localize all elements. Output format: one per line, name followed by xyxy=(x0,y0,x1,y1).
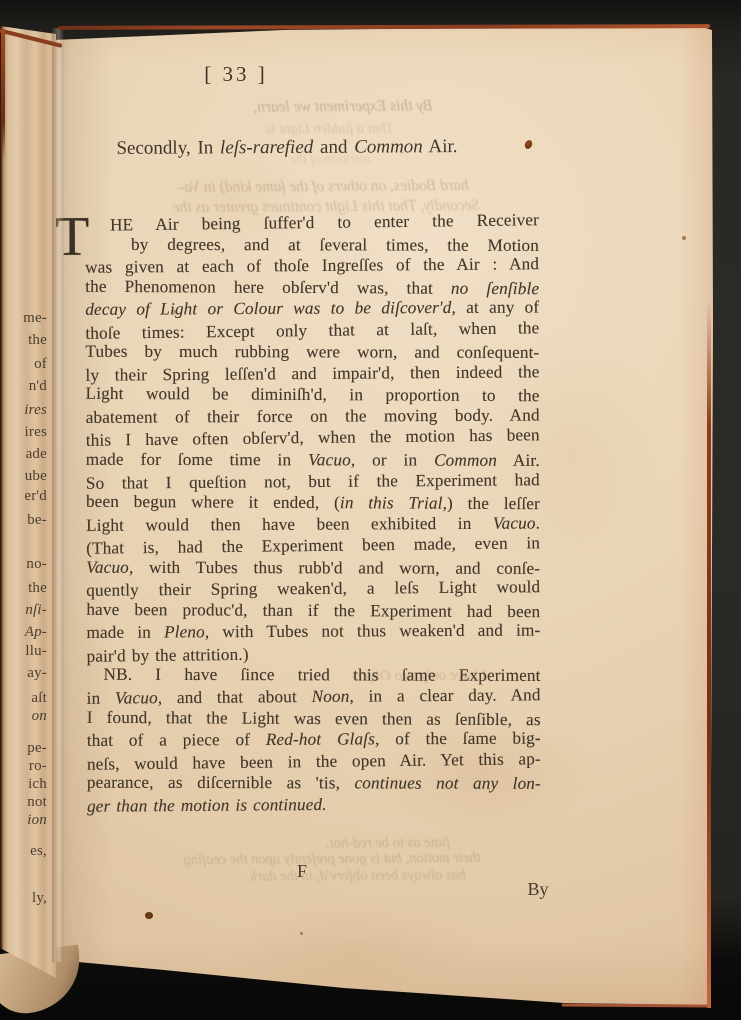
text-segment: been begun where it ended, ( xyxy=(86,492,340,512)
text-segment: Secondly, In xyxy=(116,137,220,159)
text-line: So that I queſtion not, but if the Exper… xyxy=(86,469,540,494)
text-segment: HE Air being ſuffer'd to enter the Recei… xyxy=(110,210,539,234)
text-segment: Vacuo xyxy=(308,450,351,469)
text-line: was given at each of thoſe Ingreſſes of … xyxy=(85,253,539,278)
text-line: been begun where it ended, (in this Tria… xyxy=(86,491,540,515)
text-segment: Vacuo xyxy=(115,688,158,707)
margin-fragment: n'd xyxy=(29,378,47,395)
margin-fragment: ion xyxy=(27,812,47,829)
gutter-crease xyxy=(52,28,64,962)
text-segment: continues not any lon- xyxy=(354,774,541,793)
text-segment: made in xyxy=(86,623,164,642)
text-segment: Noon xyxy=(312,687,350,706)
text-segment: decay of Light or Colour was to be diſco… xyxy=(85,298,456,319)
text-segment: Red-hot Glaſs xyxy=(266,730,375,750)
text-line: pearance, as diſcernible as 'tis, contin… xyxy=(87,772,541,795)
text-segment: Air. xyxy=(423,136,458,157)
text-segment: ger than the motion is continued. xyxy=(87,795,327,816)
margin-fragment: not xyxy=(27,794,47,811)
page-number: [ 33 ] xyxy=(86,62,386,87)
page-edge-right xyxy=(707,300,711,1008)
foxing-spot xyxy=(173,310,176,314)
margin-fragment: on xyxy=(32,708,47,725)
text-line: (That is, had the Experiment been made, … xyxy=(86,532,540,559)
text-segment: Common xyxy=(354,136,423,157)
spine-edge xyxy=(1,30,5,160)
text-segment: pair'd by the attrition.) xyxy=(86,645,248,666)
text-segment: in this Trial, xyxy=(340,493,447,513)
body-text: T HE Air being ſuffer'd to enter the Rec… xyxy=(85,211,541,816)
text-line: Light would be diminiſh'd, in proportion… xyxy=(86,383,540,407)
margin-fragment: pe- xyxy=(27,740,47,757)
text-segment: Pleno xyxy=(164,623,205,642)
margin-fragment: ly, xyxy=(32,890,47,907)
margin-fragment: of xyxy=(34,356,47,373)
text-segment: have been produc'd, than if the Experime… xyxy=(86,600,540,621)
foxing-spot xyxy=(145,912,153,919)
text-segment: leſs-rarefied xyxy=(220,137,313,158)
text-segment: and xyxy=(313,137,354,158)
text-line: made for ſome time in Vacuo, or in Commo… xyxy=(86,449,540,472)
text-segment: Vacuo xyxy=(493,513,536,532)
text-segment: the Phenomenon here obſerv'd was, that xyxy=(85,276,451,297)
paper-stain xyxy=(224,904,484,994)
text-line: by degrees, and at ſeveral times, the Mo… xyxy=(85,233,539,256)
text-line: decay of Light or Colour was to be diſco… xyxy=(85,297,539,321)
text-segment: by degrees, and at ſeveral times, the Mo… xyxy=(131,234,539,254)
facing-page-edge: me-theofn'diresiresadeubeer'dbe-no-thenſ… xyxy=(0,26,56,984)
signature-mark: F xyxy=(282,861,322,882)
text-segment: Light would be diminiſh'd, in proportion… xyxy=(86,384,540,405)
text-segment: Tubes by much rubbing were worn, and con… xyxy=(85,342,539,362)
text-segment: that of a piece of xyxy=(87,730,266,750)
text-line: Tubes by much rubbing were worn, and con… xyxy=(85,341,539,364)
text-segment: . xyxy=(536,513,541,532)
margin-fragment: me- xyxy=(23,310,47,327)
margin-fragment: llu- xyxy=(25,643,47,660)
text-line: HE Air being ſuffer'd to enter the Recei… xyxy=(85,209,539,236)
text-segment: NB. I have ſince tried this ſame Experim… xyxy=(104,665,541,685)
text-segment: Common xyxy=(434,451,497,470)
text-segment: , with Tubes not thus weaken'd and im- xyxy=(205,621,541,642)
page-edge-bottom xyxy=(562,1003,710,1007)
margin-fragment: ro- xyxy=(29,758,47,775)
text-line: that of a piece of Red-hot Glaſs, of the… xyxy=(87,728,541,752)
text-line: the Phenomenon here obſerv'd was, that n… xyxy=(85,275,539,299)
catchword: By xyxy=(512,879,564,900)
margin-fragment: be- xyxy=(27,512,47,529)
text-segment: at any of xyxy=(456,298,539,317)
text-line: NB. I have ſince tried this ſame Experim… xyxy=(87,664,541,687)
margin-fragment: aſt xyxy=(31,690,47,707)
text-segment: pearance, as diſcernible as 'tis, xyxy=(87,773,355,793)
text-segment: in xyxy=(87,689,116,708)
margin-fragment: the xyxy=(28,580,47,597)
text-segment: this I have often obſerv'd, when the mot… xyxy=(86,426,540,451)
margin-fragment: ade xyxy=(26,446,47,463)
foxing-spot xyxy=(300,932,303,935)
text-line: in Vacuo, and that about Noon, in a clea… xyxy=(87,684,541,709)
margin-fragment: ay- xyxy=(27,665,47,682)
text-segment: abatement of their force on the moving b… xyxy=(86,405,540,426)
margin-fragment: no- xyxy=(26,556,47,573)
text-segment: thoſe times: Except only that at laſt, w… xyxy=(85,318,539,343)
text-segment: ly their Spring leſſen'd and impair'd, t… xyxy=(85,362,539,385)
text-segment: Vacuo xyxy=(86,557,129,576)
text-segment: Air. xyxy=(497,451,540,470)
text-segment: neſs, would have been in the open Air. Y… xyxy=(87,749,541,774)
margin-fragment: ires xyxy=(25,424,47,441)
text-segment: no ſenſible xyxy=(451,278,539,297)
text-segment: (That is, had the Experiment been made, … xyxy=(86,533,540,558)
text-segment: ) the leſſer xyxy=(447,494,540,513)
text-segment: Light would then have been exhibited in xyxy=(86,513,493,534)
text-segment: quently their Spring weaken'd, a leſs Li… xyxy=(86,578,540,601)
section-heading: Secondly, In leſs-rarefied and Common Ai… xyxy=(86,136,488,160)
text-segment: , and that about xyxy=(158,687,312,707)
margin-fragment: ube xyxy=(25,468,47,485)
margin-fragment: the xyxy=(28,332,47,349)
text-segment: , with Tubes thus rubb'd and worn, and c… xyxy=(129,558,540,578)
text-segment: , in a clear day. And xyxy=(349,685,540,706)
margin-fragment: ich xyxy=(28,776,47,793)
text-segment: , of the ſame big- xyxy=(375,729,541,749)
margin-fragment: nſi- xyxy=(25,602,47,619)
text-line: I found, that the Light was even then as… xyxy=(87,706,541,730)
text-segment: I found, that the Light was even then as… xyxy=(87,707,541,728)
margin-fragment: Ap- xyxy=(25,624,47,641)
text-line: this I have often obſerv'd, when the mot… xyxy=(86,425,540,452)
margin-fragment: es, xyxy=(30,843,47,860)
margin-fragment: ires xyxy=(24,402,47,419)
text-line: ger than the motion is continued. xyxy=(87,792,541,817)
text-segment: was given at each of thoſe Ingreſſes of … xyxy=(85,254,539,277)
text-segment: , or in xyxy=(351,450,434,469)
margin-fragment: er'd xyxy=(24,488,47,505)
text-segment: So that I queſtion not, but if the Exper… xyxy=(86,470,540,493)
book-photo: By this Experiment we learn,That a ſudde… xyxy=(0,0,741,1020)
foxing-spot xyxy=(682,236,686,240)
text-line: quently their Spring weaken'd, a leſs Li… xyxy=(86,577,540,602)
text-segment: made for ſome time in xyxy=(86,450,308,470)
